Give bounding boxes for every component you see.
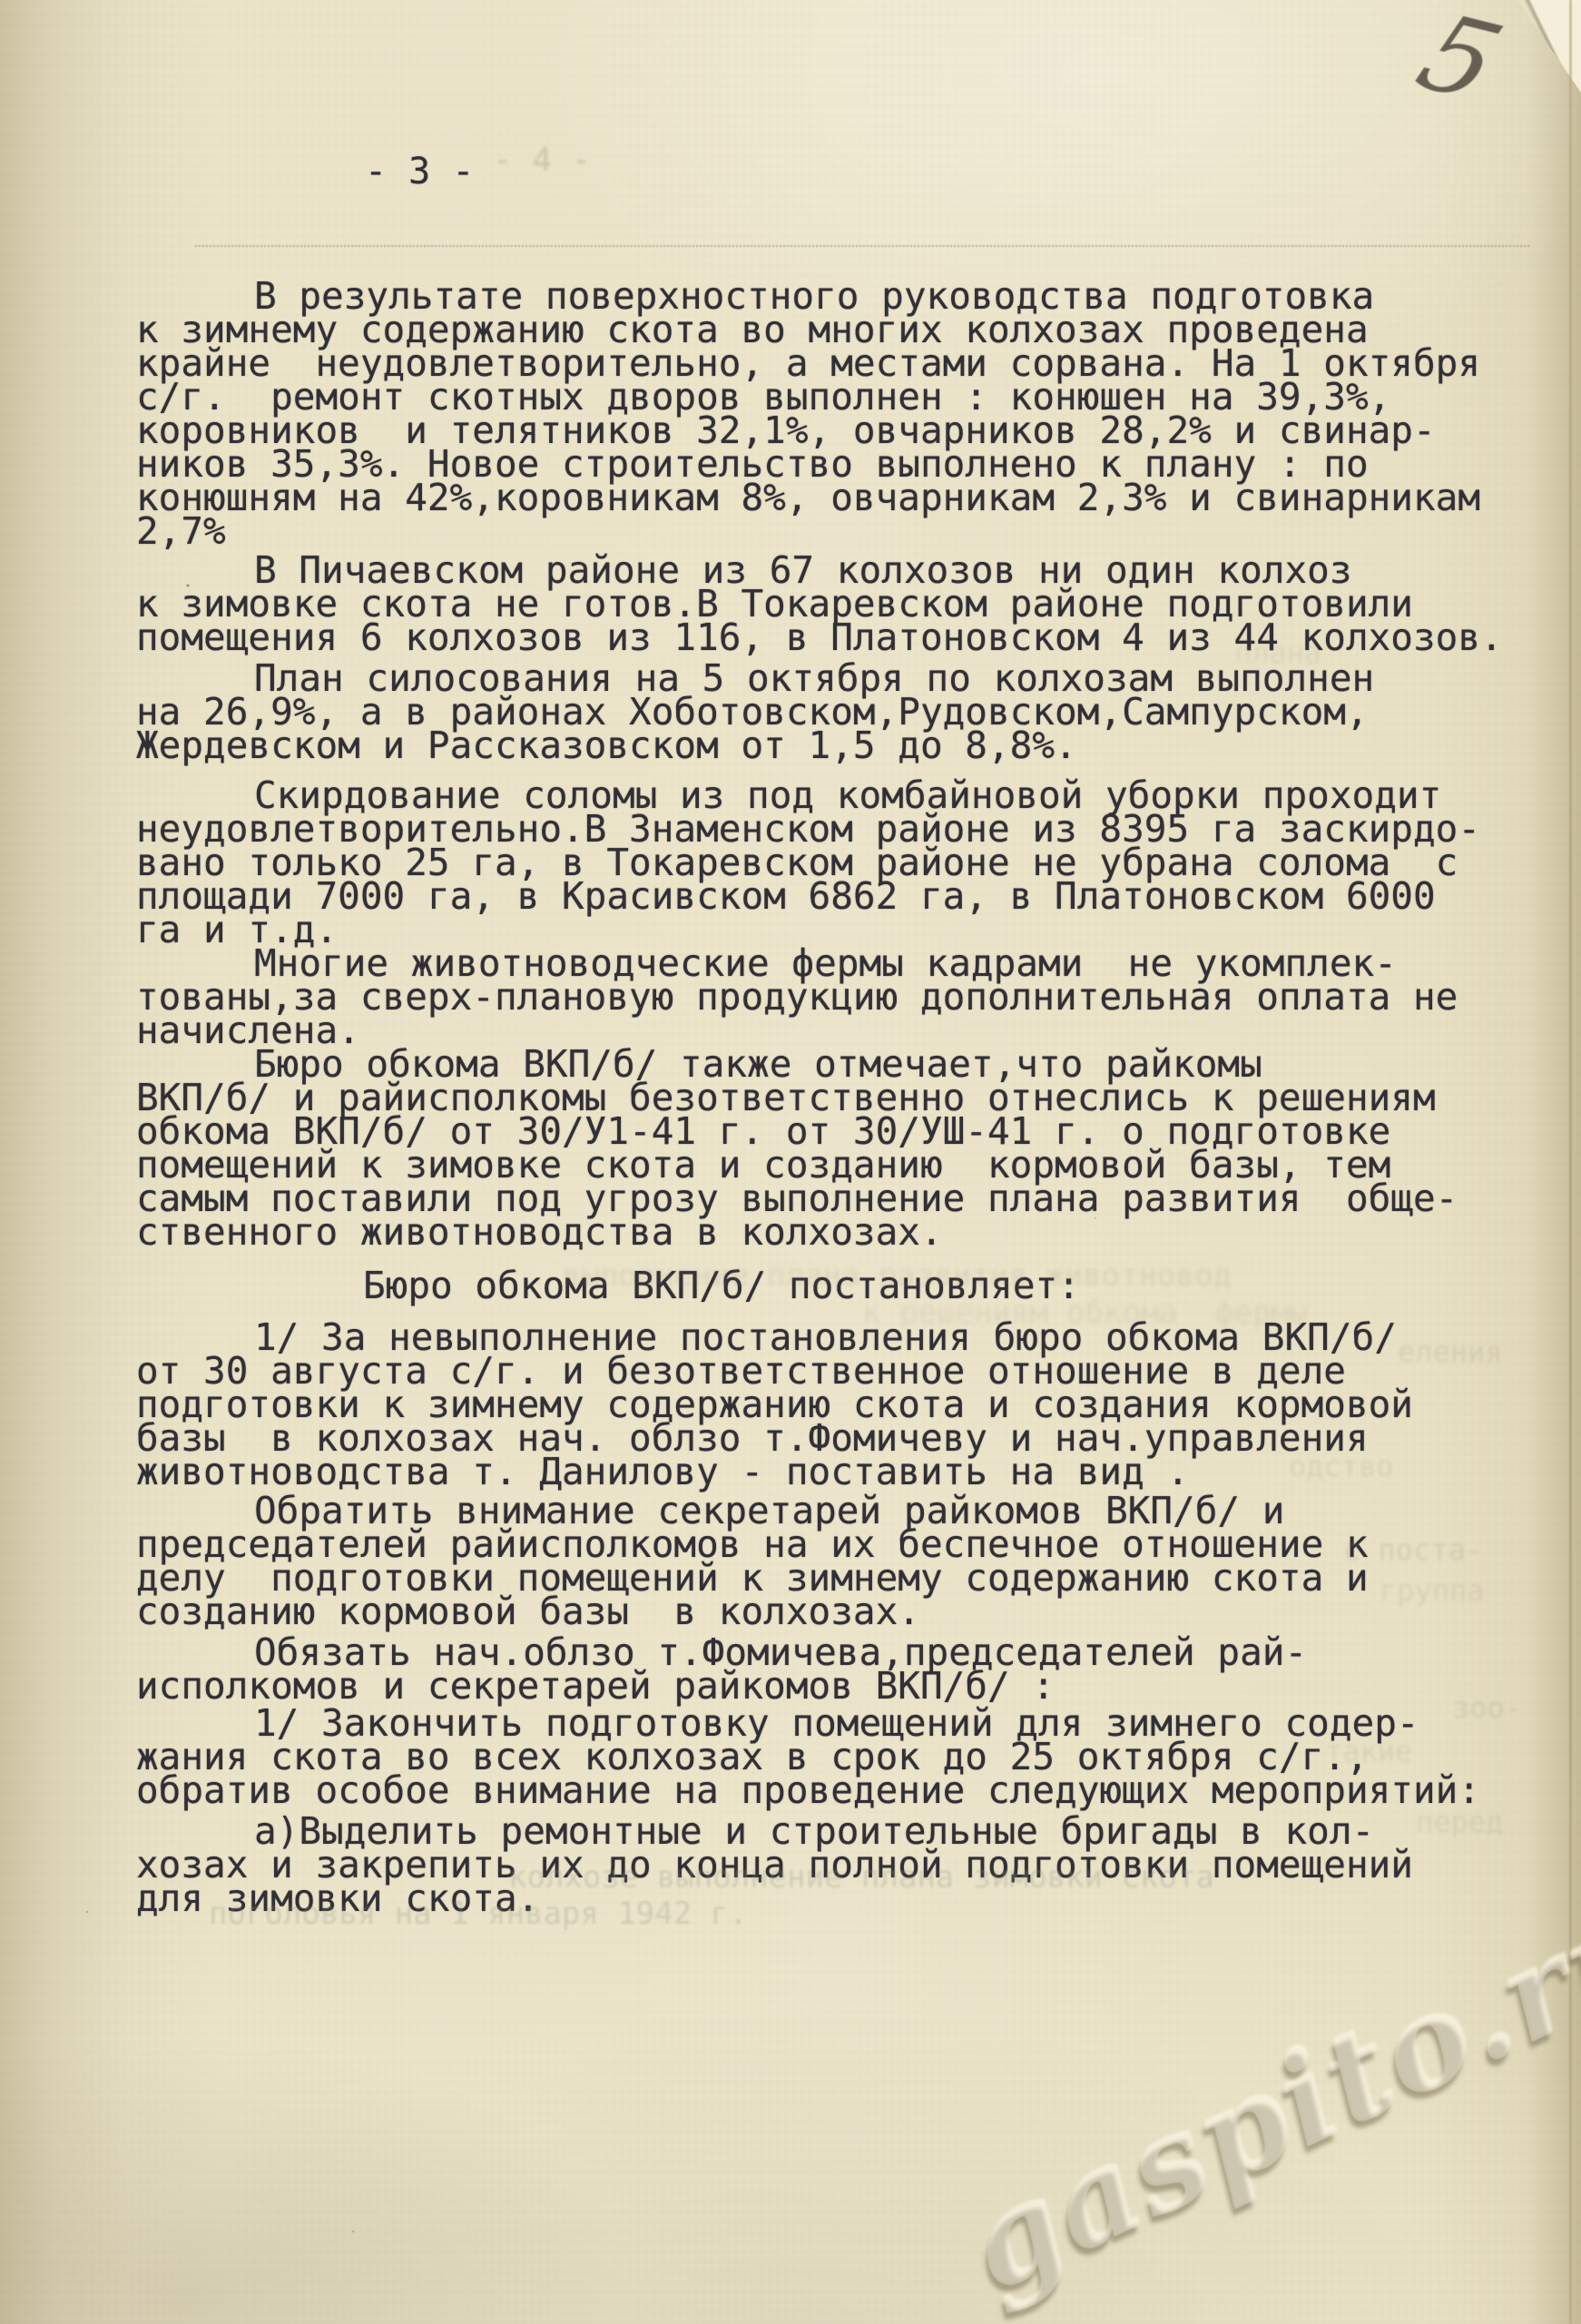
text-line: Бюро обкома ВКП/б/ постановляет: [136,1269,1556,1303]
text-line: животноводства т. Данилову - поставить н… [136,1455,1556,1489]
text-line: исполкомов и секретарей райкомов ВКП/б/ … [136,1669,1556,1703]
text-line: Жердевском и Рассказовском от 1,5 до 8,8… [136,729,1556,763]
paragraph-finish-preparation: 1/ Закончить подготовку помещений для зи… [136,1707,1556,1807]
text-line: для зимовки скота. [136,1882,1556,1915]
paragraph-bureau-notes: Бюро обкома ВКП/б/ также отмечает,что ра… [136,1048,1556,1249]
paragraph-pichaevsky-district: В Пичаевском районе из 67 колхозов ни од… [136,554,1556,655]
scan-artifact-line [195,245,1529,247]
text-line: обратив особое внимание на проведение сл… [136,1774,1556,1807]
page-number: - 3 - [365,151,474,192]
archive-watermark: gaspito.ru [945,1868,1581,2319]
handwritten-page-number: 5 [1396,0,1531,137]
resolution-heading: Бюро обкома ВКП/б/ постановляет: [136,1269,1556,1303]
ghost-page-number: - 4 - [493,142,591,179]
scanned-document-page: 5 - 4 - - 3 - В результате поверхностног… [0,0,1581,2324]
document-body: В результате поверхностного руководства … [136,280,1556,1915]
text-line: конюшням на 42%,коровникам 8%, овчарника… [136,481,1556,515]
paragraph-repair-brigades: а)Выделить ремонтные и строительные бриг… [136,1815,1556,1915]
text-line: помещения 6 колхозов из 116, в Платоновс… [136,621,1556,655]
text-line: площади 7000 га, в Красивском 6862 га, в… [136,880,1556,913]
paragraph-straw-stacking: Скирдование соломы из под комбайновой уб… [136,779,1556,947]
paragraph-silage-plan: План силосования на 5 октября по колхоза… [136,662,1556,763]
text-line: созданию кормовой базы в колхозах. [136,1595,1556,1629]
paragraph-attention-secretaries: Обратить внимание секретарей райкомов ВК… [136,1494,1556,1629]
paragraph-overview: В результате поверхностного руководства … [136,280,1556,548]
paragraph-farm-staffing: Многие животноводческие фермы кадрами не… [136,947,1556,1048]
text-line: 2,7% [136,515,1556,548]
paragraph-oblige-fomichev: Обязать нач.облзо т.Фомичева,председател… [136,1636,1556,1703]
paragraph-resolution-1: 1/ За невыполнение постановления бюро об… [136,1321,1556,1489]
text-line: ственного животноводства в колхозах. [136,1216,1556,1249]
